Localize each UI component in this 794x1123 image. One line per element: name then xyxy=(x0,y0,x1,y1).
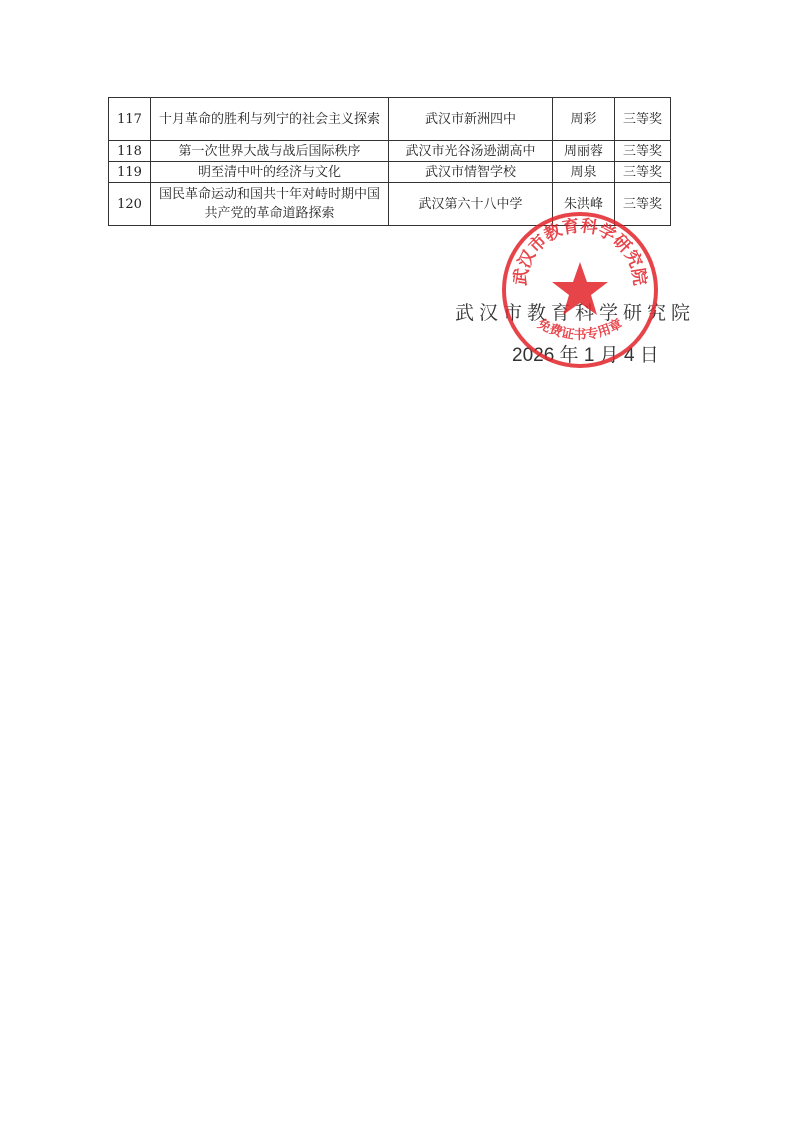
row-number: 120 xyxy=(109,183,151,226)
table-row: 117 十月革命的胜利与列宁的社会主义探索 武汉市新洲四中 周彩 三等奖 xyxy=(109,98,671,141)
teacher-name: 周泉 xyxy=(553,162,615,183)
school-name: 武汉市光谷汤逊湖高中 xyxy=(389,141,553,162)
row-number: 117 xyxy=(109,98,151,141)
award-table: 117 十月革命的胜利与列宁的社会主义探索 武汉市新洲四中 周彩 三等奖 118… xyxy=(108,97,671,226)
lesson-title: 十月革命的胜利与列宁的社会主义探索 xyxy=(151,98,389,141)
award-level: 三等奖 xyxy=(615,98,671,141)
lesson-title: 国民革命运动和国共十年对峙时期中国共产党的革命道路探索 xyxy=(151,183,389,226)
award-level: 三等奖 xyxy=(615,141,671,162)
award-level: 三等奖 xyxy=(615,183,671,226)
table-row: 120 国民革命运动和国共十年对峙时期中国共产党的革命道路探索 武汉第六十八中学… xyxy=(109,183,671,226)
issue-date: 2026 年 1 月 4 日 xyxy=(512,340,659,367)
row-number: 119 xyxy=(109,162,151,183)
lesson-title: 第一次世界大战与战后国际秩序 xyxy=(151,141,389,162)
table-row: 118 第一次世界大战与战后国际秩序 武汉市光谷汤逊湖高中 周丽蓉 三等奖 xyxy=(109,141,671,162)
school-name: 武汉市情智学校 xyxy=(389,162,553,183)
lesson-title: 明至清中叶的经济与文化 xyxy=(151,162,389,183)
award-level: 三等奖 xyxy=(615,162,671,183)
table-row: 119 明至清中叶的经济与文化 武汉市情智学校 周泉 三等奖 xyxy=(109,162,671,183)
school-name: 武汉第六十八中学 xyxy=(389,183,553,226)
teacher-name: 周丽蓉 xyxy=(553,141,615,162)
issuer-signature: 武汉市教育科学研究院 xyxy=(455,298,695,325)
school-name: 武汉市新洲四中 xyxy=(389,98,553,141)
teacher-name: 周彩 xyxy=(553,98,615,141)
teacher-name: 朱洪峰 xyxy=(553,183,615,226)
row-number: 118 xyxy=(109,141,151,162)
